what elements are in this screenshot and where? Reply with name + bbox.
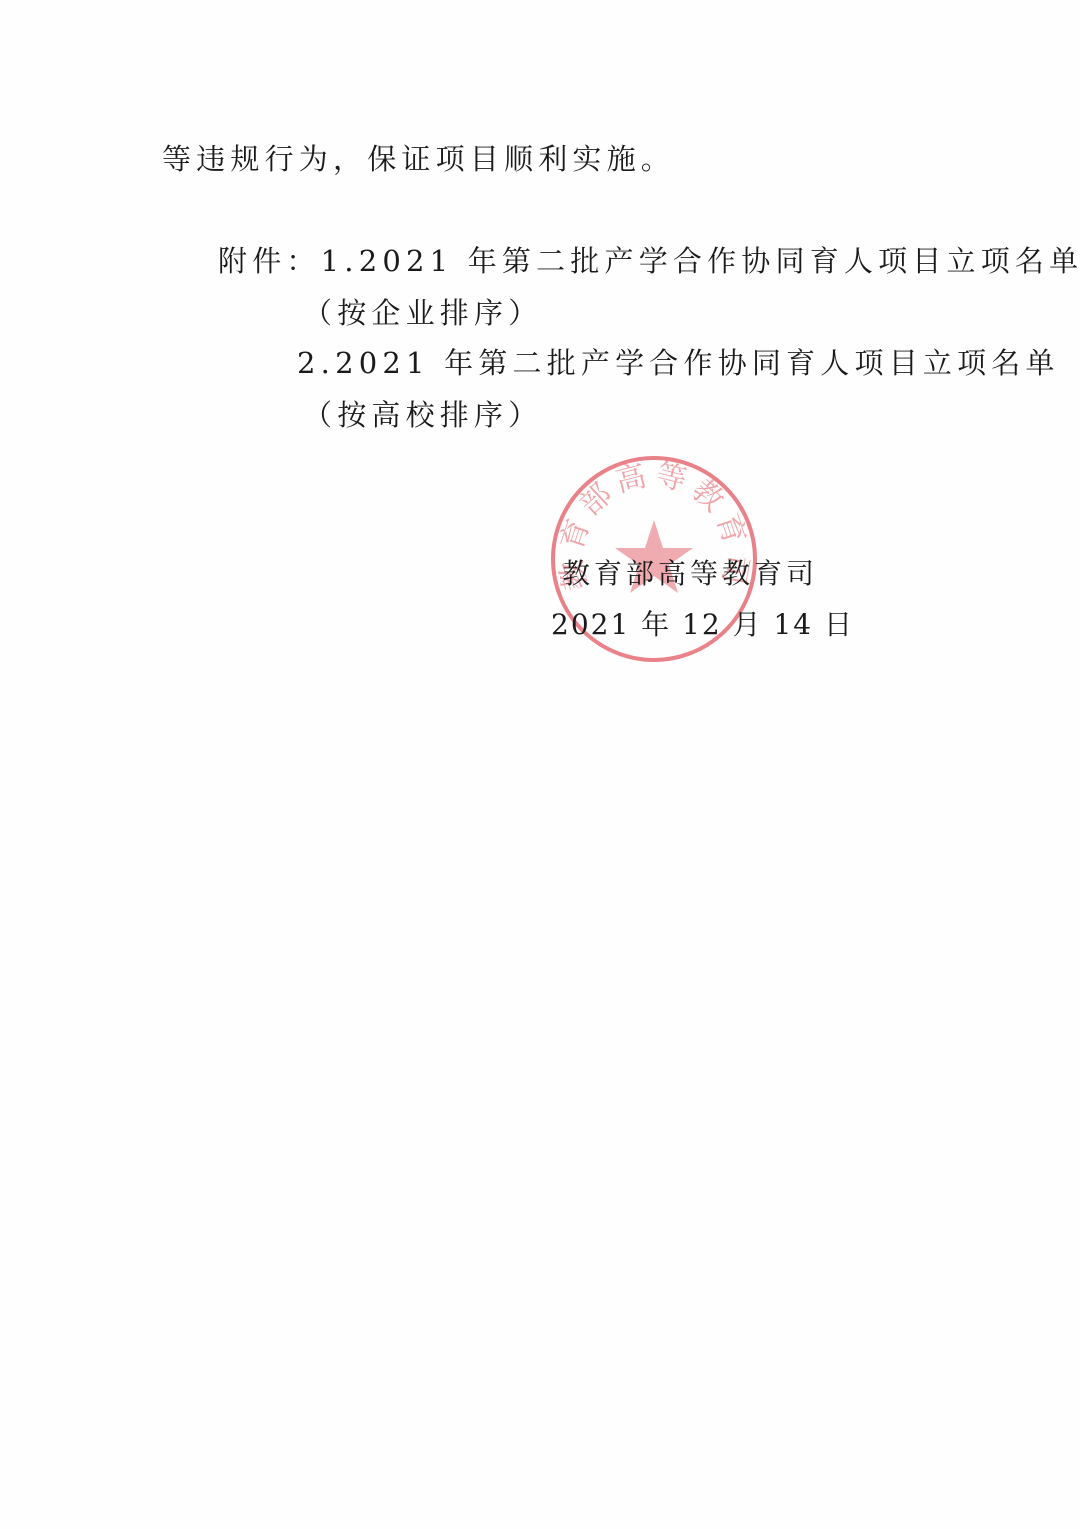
body-text-continuation: 等违规行为，保证项目顺利实施。 [162,145,675,174]
document-page: 等违规行为，保证项目顺利实施。 附件：1.2021 年第二批产学合作协同育人项目… [0,0,1080,1529]
attachment-2-number: 2. [297,346,335,380]
attachment-2-title: 2021 年第二批产学合作协同育人项目立项名单 [335,346,1060,380]
attachment-1-number: 1. [321,244,359,278]
attachment-1-subtitle: （按企业排序） [303,299,542,328]
attachment-1-title: 2021 年第二批产学合作协同育人项目立项名单 [359,244,1080,278]
issuer-signature: 教育部高等教育司 [562,552,818,592]
attachment-item-2: 2.2021 年第二批产学合作协同育人项目立项名单 [297,349,1060,378]
attachments-label: 附件： [218,244,321,278]
attachment-2-subtitle: （按高校排序） [303,401,542,430]
attachment-item-1: 附件：1.2021 年第二批产学合作协同育人项目立项名单 [218,247,1080,276]
issue-date: 2021 年 12 月 14 日 [551,603,854,643]
